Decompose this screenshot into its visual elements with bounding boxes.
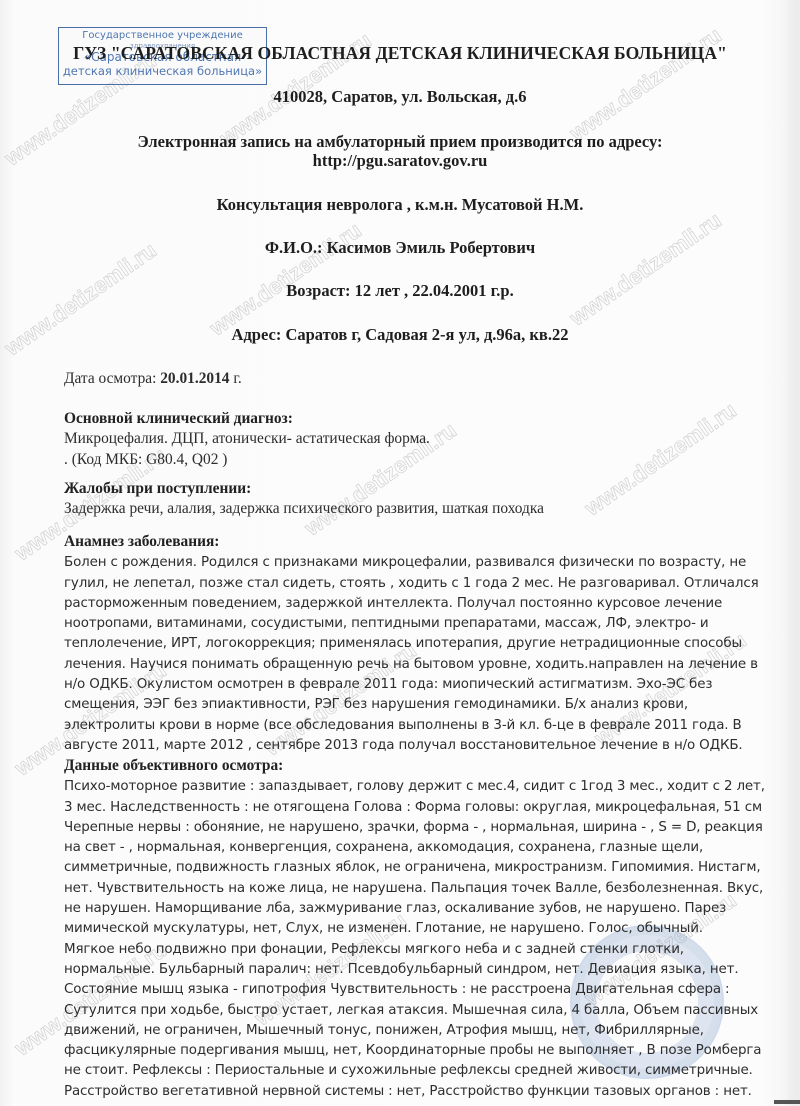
online-booking-note: Электронная запись на амбулаторный прием… (0, 132, 800, 152)
anamnesis-line: н/о ОДКБ. Окулистом осмотрен в феврале 2… (64, 674, 776, 694)
objective-exam-line: нет. Чувствительность на коже лица, не н… (64, 878, 776, 898)
anamnesis-line: смещения, ЭЭГ без эпиактивности, РЭГ без… (64, 694, 776, 714)
objective-exam-section: Данные объективного осмотра: Психо-мотор… (64, 756, 784, 1101)
anamnesis-line: ноотропами, витаминами, сосудистыми, пеп… (64, 613, 776, 633)
watermark-text: www.detizemli.ru (205, 217, 366, 341)
complaints-section: Жалобы при поступлении: Задержка речи, а… (64, 479, 784, 520)
exam-date-value: 20.01.2014 (160, 370, 229, 387)
objective-exam-text: Психо-моторное развитие : запаздывает, г… (64, 776, 784, 1101)
objective-exam-line: Психо-моторное развитие : запаздывает, г… (64, 776, 776, 796)
objective-exam-line: симметричные, подвижность глазных яблок,… (64, 857, 776, 877)
patient-age: Возраст: 12 лет , 22.04.2001 г.р. (0, 281, 800, 301)
diagnosis-section: Основной клинический диагноз: Микроцефал… (64, 409, 784, 470)
exam-date: Дата осмотра: 20.01.2014 г. (64, 369, 784, 389)
scan-edge-mark (774, 1100, 800, 1104)
consultation-title: Консультация невролога , к.м.н. Мусатово… (0, 195, 800, 215)
anamnesis-line: электролиты крови в норме (все обследова… (64, 715, 776, 735)
scan-edge-shadow (786, 0, 800, 1106)
diagnosis-line: . (Код МКБ: G80.4, Q02 ) (64, 450, 784, 470)
objective-exam-line: нормальные. Бульбарный паралич: нет. Псе… (64, 959, 776, 979)
institution-address: 410028, Саратов, ул. Вольская, д.6 (0, 87, 800, 107)
anamnesis-title: Анамнез заболевания: (64, 532, 784, 552)
objective-exam-line: не нарушен. Наморщивание лба, зажмуриван… (64, 898, 776, 918)
anamnesis-line: теплолечение, ИРТ, логокоррекция; примен… (64, 633, 776, 653)
objective-exam-line: на свет - , нормальная, конвергенция, со… (64, 837, 776, 857)
objective-exam-line: Расстройство вегетативной нервной систем… (64, 1081, 776, 1101)
online-booking-url[interactable]: http://pgu.saratov.gov.ru (0, 151, 800, 171)
complaints-title: Жалобы при поступлении: (64, 479, 784, 499)
objective-exam-line: Мягкое небо подвижно при фонации, Рефлек… (64, 939, 776, 959)
objective-exam-line: Состояние мышц языка - гипотрофия Чувств… (64, 979, 776, 999)
anamnesis-line: августе 2011, марте 2012 , сентябре 2013… (64, 735, 776, 755)
objective-exam-line: мимической мускулатуры, нет, Слух, не из… (64, 918, 776, 938)
patient-name: Ф.И.О.: Касимов Эмиль Робертович (0, 238, 800, 258)
institution-title: ГУЗ "САРАТОВСКАЯ ОБЛАСТНАЯ ДЕТСКАЯ КЛИНИ… (0, 43, 800, 63)
objective-exam-line: не стоит. Рефлексы : Периостальные и сух… (64, 1060, 776, 1080)
anamnesis-line: лечения. Научися понимать обращенную реч… (64, 654, 776, 674)
objective-exam-line: Черепные нервы : обоняние, не нарушено, … (64, 817, 776, 837)
objective-exam-line: Сутулится при ходьбе, быстро устает, лег… (64, 1000, 776, 1020)
watermark-text: www.detizemli.ru (565, 207, 726, 331)
diagnosis-line: Микроцефалия. ДЦП, атонически- астатичес… (64, 429, 784, 449)
patient-address: Адрес: Саратов г, Садовая 2-я ул, д.96а,… (0, 325, 800, 345)
exam-date-label: Дата осмотра: (64, 370, 160, 387)
diagnosis-title: Основной клинический диагноз: (64, 409, 784, 429)
stamp-line-1: Государственное учреждение (59, 30, 266, 42)
anamnesis-line: расторможенным поведением, задержкой инт… (64, 593, 776, 613)
stamp-line-4: детская клиническая больница» (59, 64, 266, 78)
anamnesis-text: Болен с рождения. Родился с признаками м… (64, 552, 784, 755)
complaints-line: Задержка речи, алалия, задержка психичес… (64, 499, 784, 519)
scanned-document-page: www.detizemli.ru www.detizemli.ru www.de… (0, 0, 800, 1106)
objective-exam-line: движений, не ограничен, Мышечный тонус, … (64, 1020, 776, 1040)
objective-exam-line: фасцикулярные подергивания мышц, нет, Ко… (64, 1040, 776, 1060)
anamnesis-line: Болен с рождения. Родился с признаками м… (64, 552, 776, 572)
objective-exam-line: 3 мес. Наследственность : не отягощена Г… (64, 797, 776, 817)
objective-exam-title: Данные объективного осмотра: (64, 756, 784, 776)
watermark-text: www.detizemli.ru (565, 22, 726, 146)
exam-date-suffix: г. (230, 370, 242, 387)
anamnesis-section: Анамнез заболевания: Болен с рождения. Р… (64, 532, 784, 755)
anamnesis-line: гулил, не лепетал, позже стал сидеть, ст… (64, 573, 776, 593)
